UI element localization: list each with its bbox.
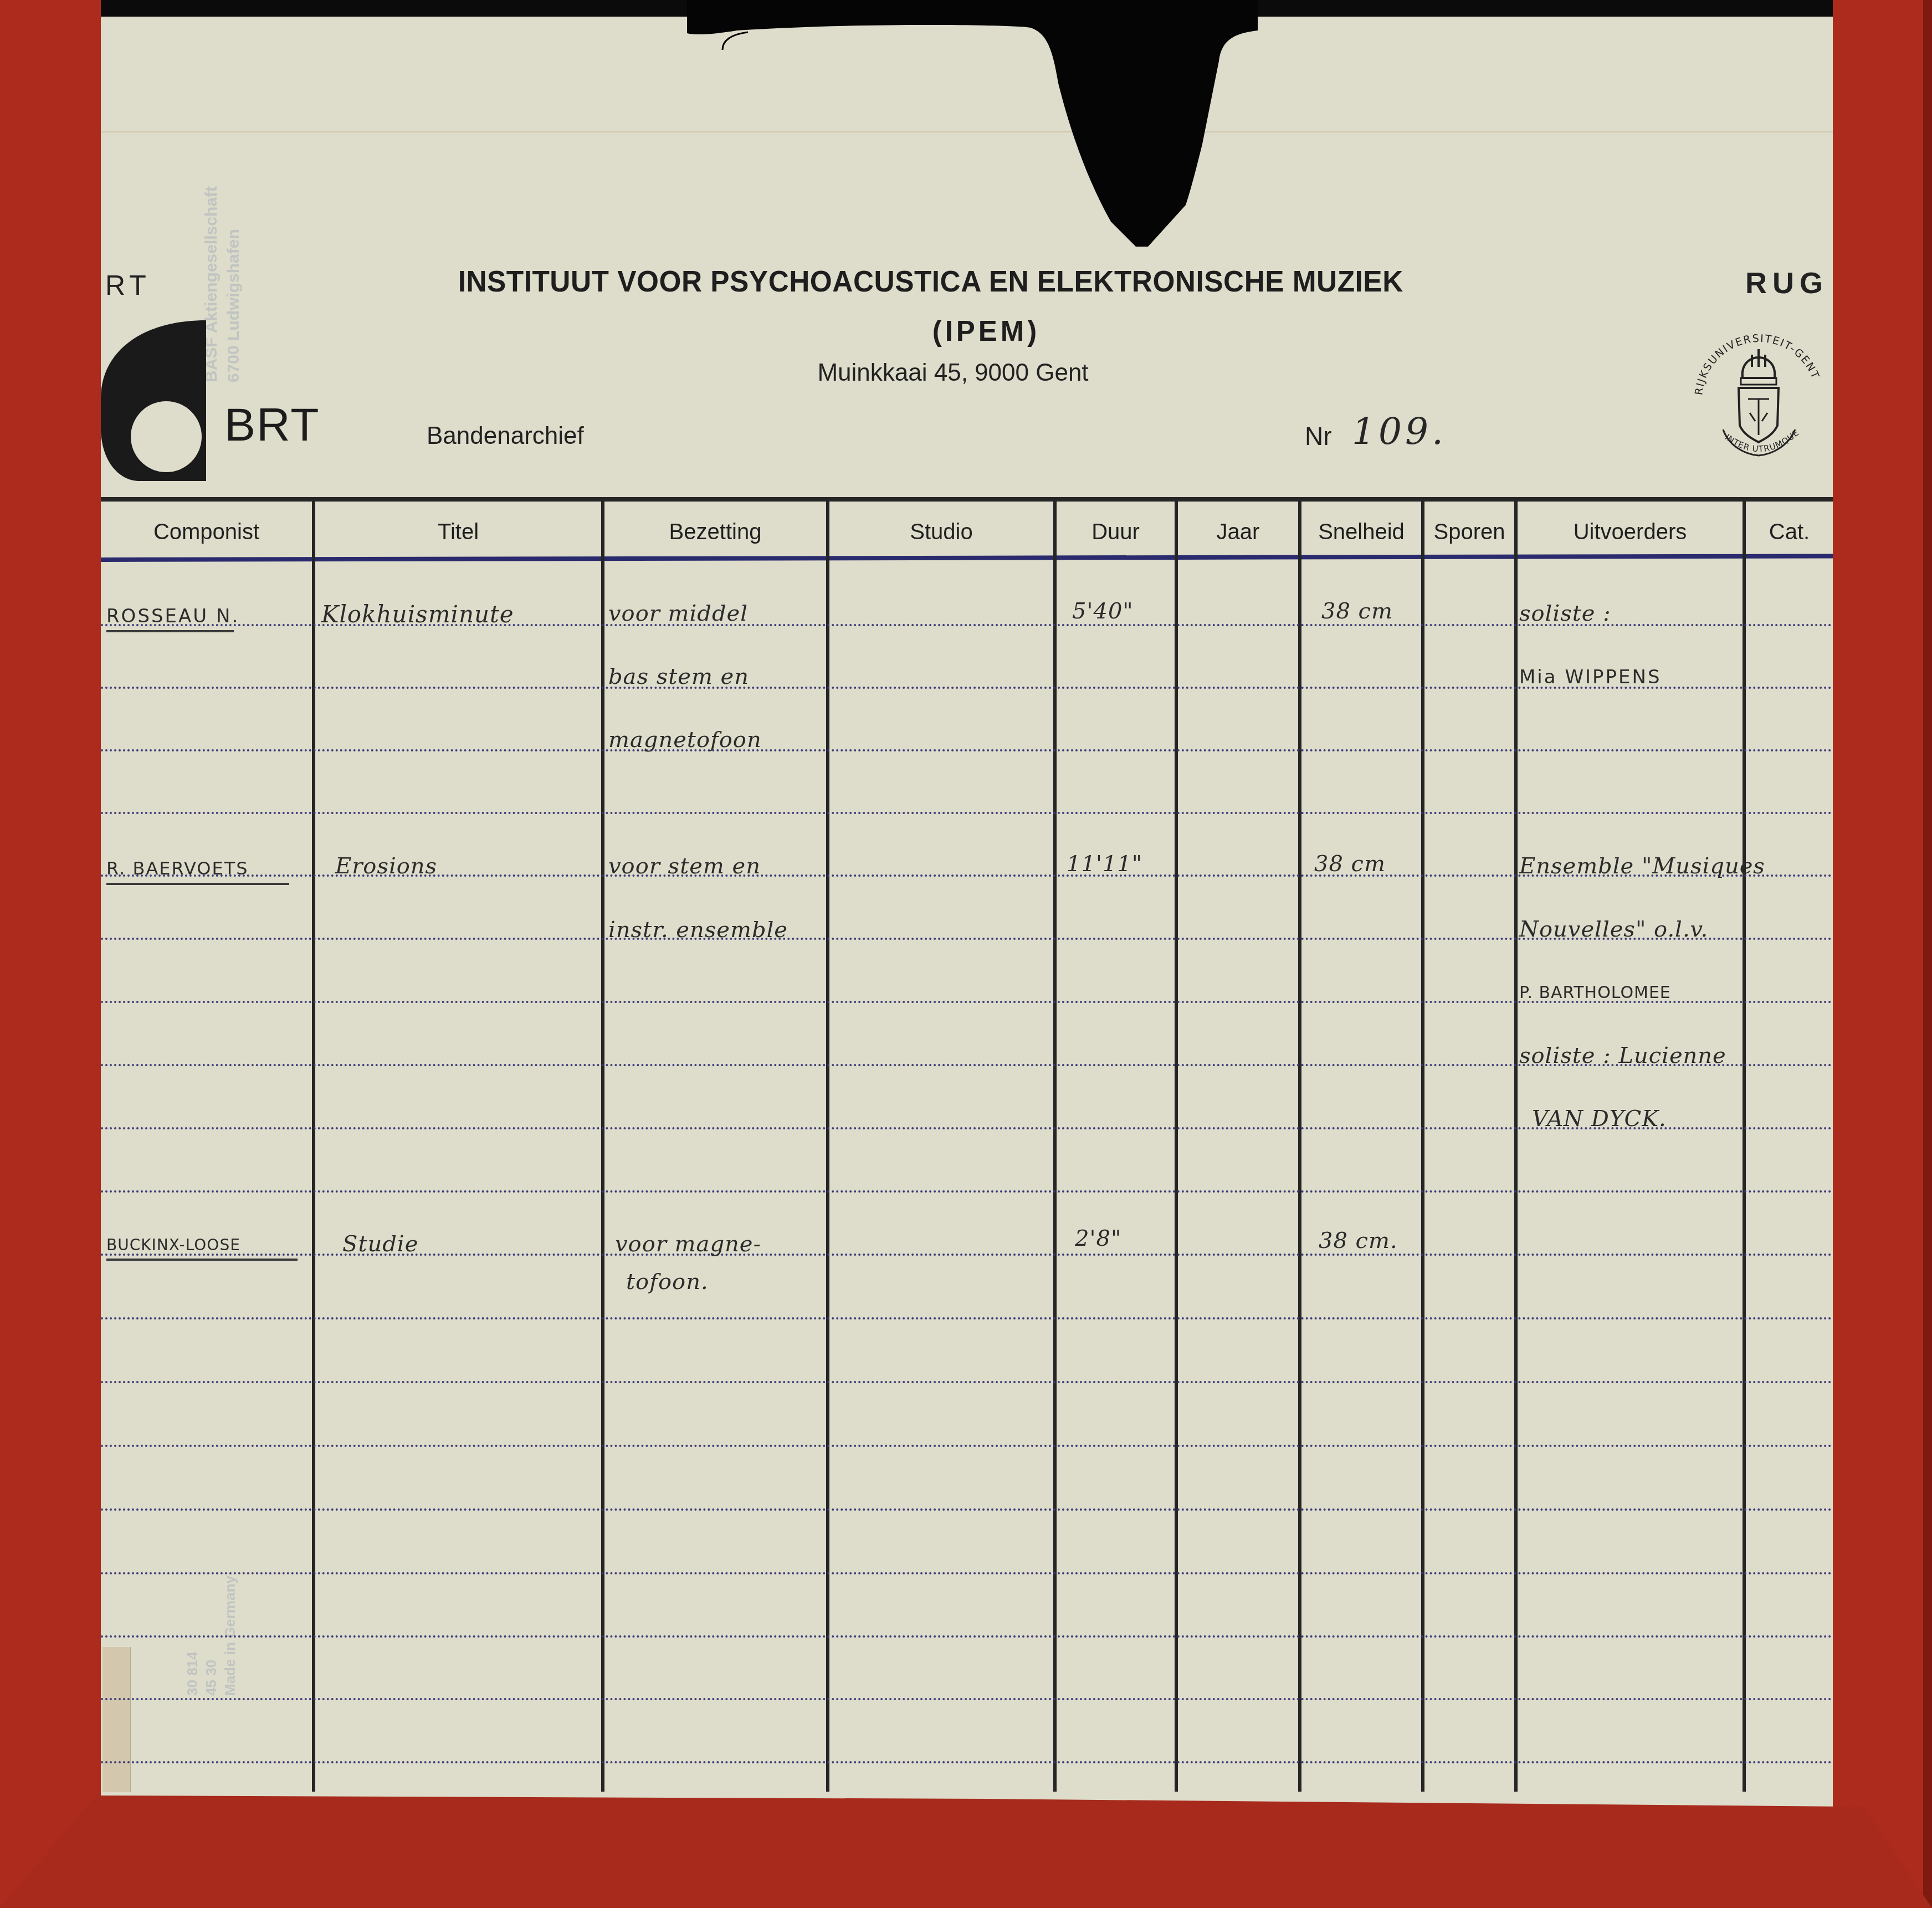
rug-mark: RUG: [1745, 266, 1828, 300]
column-header-snelheid: Snelheid: [1301, 520, 1421, 545]
column-header-titel: Titel: [315, 520, 601, 545]
row-rule: [101, 749, 1833, 751]
entry-3-componist: BUCKINX-LOOSE: [106, 1236, 240, 1254]
row-rule: [101, 812, 1833, 814]
column-header-componist: Componist: [101, 520, 312, 545]
brt-logo-icon: [101, 320, 206, 481]
archive-label: Bandenarchief: [427, 422, 584, 450]
entry-1-bezetting-line-1: voor middel: [608, 601, 748, 626]
row-rule: [101, 1381, 1833, 1383]
row-rule: [101, 1698, 1833, 1700]
entry-2-uitvoerders-line-4: soliste : Lucienne: [1519, 1043, 1726, 1068]
column-header-jaar: Jaar: [1178, 520, 1298, 545]
column-divider: [1514, 502, 1518, 1792]
column-divider: [312, 502, 315, 1792]
componist-underline: [106, 1259, 298, 1261]
entry-1-bezetting-line-2: bas stem en: [608, 664, 749, 689]
showthrough-text-bottom: 30 814 45 30 Made in Germany: [183, 1518, 239, 1696]
entry-1-duur: 5'40": [1072, 599, 1134, 624]
showthrough-line: 30 814: [183, 1518, 202, 1696]
column-divider: [826, 502, 829, 1792]
entry-3-titel: Studie: [342, 1231, 418, 1257]
envelope-bottom-flap: [0, 1796, 1932, 1908]
entry-3-duur: 2'8": [1075, 1226, 1121, 1251]
showthrough-line: 6700 Ludwigshafen: [223, 161, 245, 382]
entry-2-uitvoerders-line-1: Ensemble "Musiques: [1519, 853, 1765, 879]
row-rule: [101, 1761, 1833, 1763]
rt-mark: RT: [105, 269, 151, 301]
entry-1-uitvoerders-line-2: Mia WIPPENS: [1519, 666, 1662, 688]
column-header-bezetting: Bezetting: [604, 520, 826, 545]
entry-2-uitvoerders-line-3: P. BARTHOLOMEE: [1519, 983, 1671, 1002]
svg-text:RIJKSUNIVERSITEIT-GENT: RIJKSUNIVERSITEIT-GENT: [1693, 333, 1822, 396]
seal-ring-text: RIJKSUNIVERSITEIT-GENT: [1693, 333, 1822, 396]
column-divider: [1175, 502, 1178, 1792]
entry-2-uitvoerders-line-2: Nouvelles" o.l.v.: [1519, 917, 1708, 942]
entry-2-uitvoerders-line-5: VAN DYCK.: [1532, 1106, 1667, 1132]
column-header-studio: Studio: [829, 520, 1053, 545]
institute-address: Muinkkaai 45, 9000 Gent: [765, 359, 1141, 387]
entry-3-bezetting-line-2: tofoon.: [626, 1269, 709, 1295]
componist-underline: [106, 883, 289, 885]
componist-underline: [106, 630, 234, 632]
brt-logo-text: BRT: [224, 398, 320, 452]
entry-2-titel: Erosions: [335, 853, 437, 879]
institute-acronym: (IPEM): [848, 315, 1125, 347]
entry-1-componist: ROSSEAU N.: [106, 605, 239, 627]
column-header-cat: Cat.: [1746, 520, 1833, 545]
table-top-rule: [101, 497, 1833, 502]
entry-1-snelheid: 38 cm: [1321, 599, 1393, 624]
entry-1-bezetting-line-3: magnetofoon: [608, 727, 762, 753]
row-rule: [101, 1190, 1833, 1193]
row-rule: [101, 1445, 1833, 1447]
column-header-sporen: Sporen: [1424, 520, 1514, 545]
column-header-uitvoerders: Uitvoerders: [1518, 520, 1743, 545]
entry-2-snelheid: 38 cm: [1314, 851, 1386, 877]
column-divider: [1053, 502, 1057, 1792]
entry-3-snelheid: 38 cm.: [1319, 1228, 1398, 1254]
university-seal-icon: RIJKSUNIVERSITEIT-GENT INTER UTRUMQUE: [1690, 333, 1828, 466]
column-divider: [1743, 502, 1746, 1792]
row-rule: [101, 1508, 1833, 1511]
column-divider: [1298, 502, 1301, 1792]
entry-2-bezetting-line-1: voor stem en: [608, 853, 761, 879]
column-divider: [601, 502, 604, 1792]
entry-2-componist: R. BAERVOETS: [106, 858, 249, 879]
thumb-cutout: [687, 0, 1258, 247]
entry-2-duur: 11'11": [1067, 851, 1142, 877]
entry-1-uitvoerders-line-1: soliste :: [1519, 601, 1611, 626]
institute-title: INSTITUUT VOOR PSYCHOACUSTICA EN ELEKTRO…: [388, 265, 1473, 299]
showthrough-line: 45 30: [202, 1518, 221, 1696]
showthrough-text-top: BASF Aktiengesellschaft 6700 Ludwigshafe…: [201, 161, 245, 382]
showthrough-line: Made in Germany: [221, 1518, 239, 1696]
row-rule: [101, 1635, 1833, 1638]
envelope-right-edge: [1833, 0, 1932, 1908]
envelope-left-edge: [0, 0, 101, 1908]
number-label: Nr: [1305, 421, 1332, 451]
number-value: 109.: [1352, 410, 1447, 453]
tape-strip: [103, 1647, 131, 1792]
entry-2-bezetting-line-2: instr. ensemble: [608, 917, 788, 943]
entry-3-bezetting-line-1: voor magne-: [615, 1231, 761, 1257]
envelope-shadow: [1923, 0, 1932, 1908]
column-divider: [1421, 502, 1424, 1792]
row-rule: [101, 1572, 1833, 1574]
entry-1-titel: Klokhuisminute: [321, 601, 514, 628]
column-header-duur: Duur: [1057, 520, 1175, 545]
row-rule: [101, 1317, 1833, 1319]
